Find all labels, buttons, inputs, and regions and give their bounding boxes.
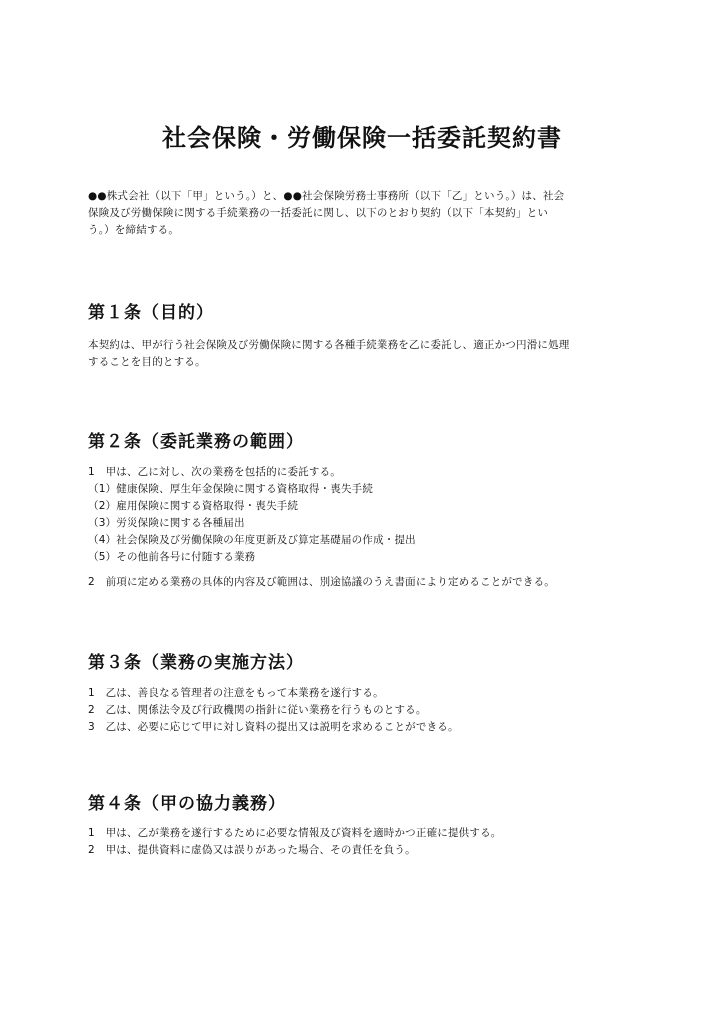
article-1-body: 本契約は、甲が行う社会保険及び労働保険に関する各種手続業務を乙に委託し、適正かつ… [88,337,648,371]
article-line: 本契約は、甲が行う社会保険及び労働保険に関する各種手続業務を乙に委託し、適正かつ… [88,337,648,354]
article-4-body: 1 甲は、乙が業務を遂行するために必要な情報及び資料を適時かつ正確に提供する。 … [88,825,648,859]
article-line: （4）社会保険及び労働保険の年度更新及び算定基礎届の作成・提出 [88,532,648,549]
article-line: 1 甲は、乙に対し、次の業務を包括的に委託する。 [88,464,648,481]
article-2-heading: 第２条（委託業務の範囲） [88,427,304,452]
preamble-line: ●●株式会社（以下「甲」という。）と、●●社会保険労務士事務所（以下「乙」という… [88,188,648,205]
article-line: 1 乙は、善良なる管理者の注意をもって本業務を遂行する。 [88,685,648,702]
document-page: 社会保険・労働保険一括委託契約書 ●●株式会社（以下「甲」という。）と、●●社会… [0,0,724,1024]
article-line: （5）その他前各号に付随する業務 [88,549,648,566]
article-line: （2）雇用保険に関する資格取得・喪失手続 [88,498,648,515]
article-line: 1 甲は、乙が業務を遂行するために必要な情報及び資料を適時かつ正確に提供する。 [88,825,648,842]
article-2-body: 1 甲は、乙に対し、次の業務を包括的に委託する。 （1）健康保険、厚生年金保険に… [88,464,648,566]
preamble-line: 保険及び労働保険に関する手続業務の一括委託に関し、以下のとおり契約（以下「本契約… [88,205,648,222]
preamble-line: う。）を締結する。 [88,222,648,239]
article-3-body: 1 乙は、善良なる管理者の注意をもって本業務を遂行する。 2 乙は、関係法令及び… [88,685,648,736]
document-title: 社会保険・労働保険一括委託契約書 [0,118,724,153]
article-line: 3 乙は、必要に応じて甲に対し資料の提出又は説明を求めることができる。 [88,719,648,736]
article-line: （3）労災保険に関する各種届出 [88,515,648,532]
article-1-heading: 第１条（目的） [88,298,214,323]
article-line: 2 前項に定める業務の具体的内容及び範囲は、別途協議のうえ書面により定めることが… [88,574,648,591]
article-line: 2 乙は、関係法令及び行政機関の指針に従い業務を行うものとする。 [88,702,648,719]
article-line: （1）健康保険、厚生年金保険に関する資格取得・喪失手続 [88,481,648,498]
article-3-heading: 第３条（業務の実施方法） [88,648,304,673]
article-line: 2 甲は、提供資料に虚偽又は誤りがあった場合、その責任を負う。 [88,842,648,859]
article-line: することを目的とする。 [88,354,648,371]
article-2-clause-2: 2 前項に定める業務の具体的内容及び範囲は、別途協議のうえ書面により定めることが… [88,574,648,591]
preamble: ●●株式会社（以下「甲」という。）と、●●社会保険労務士事務所（以下「乙」という… [88,188,648,239]
article-4-heading: 第４条（甲の協力義務） [88,789,286,814]
